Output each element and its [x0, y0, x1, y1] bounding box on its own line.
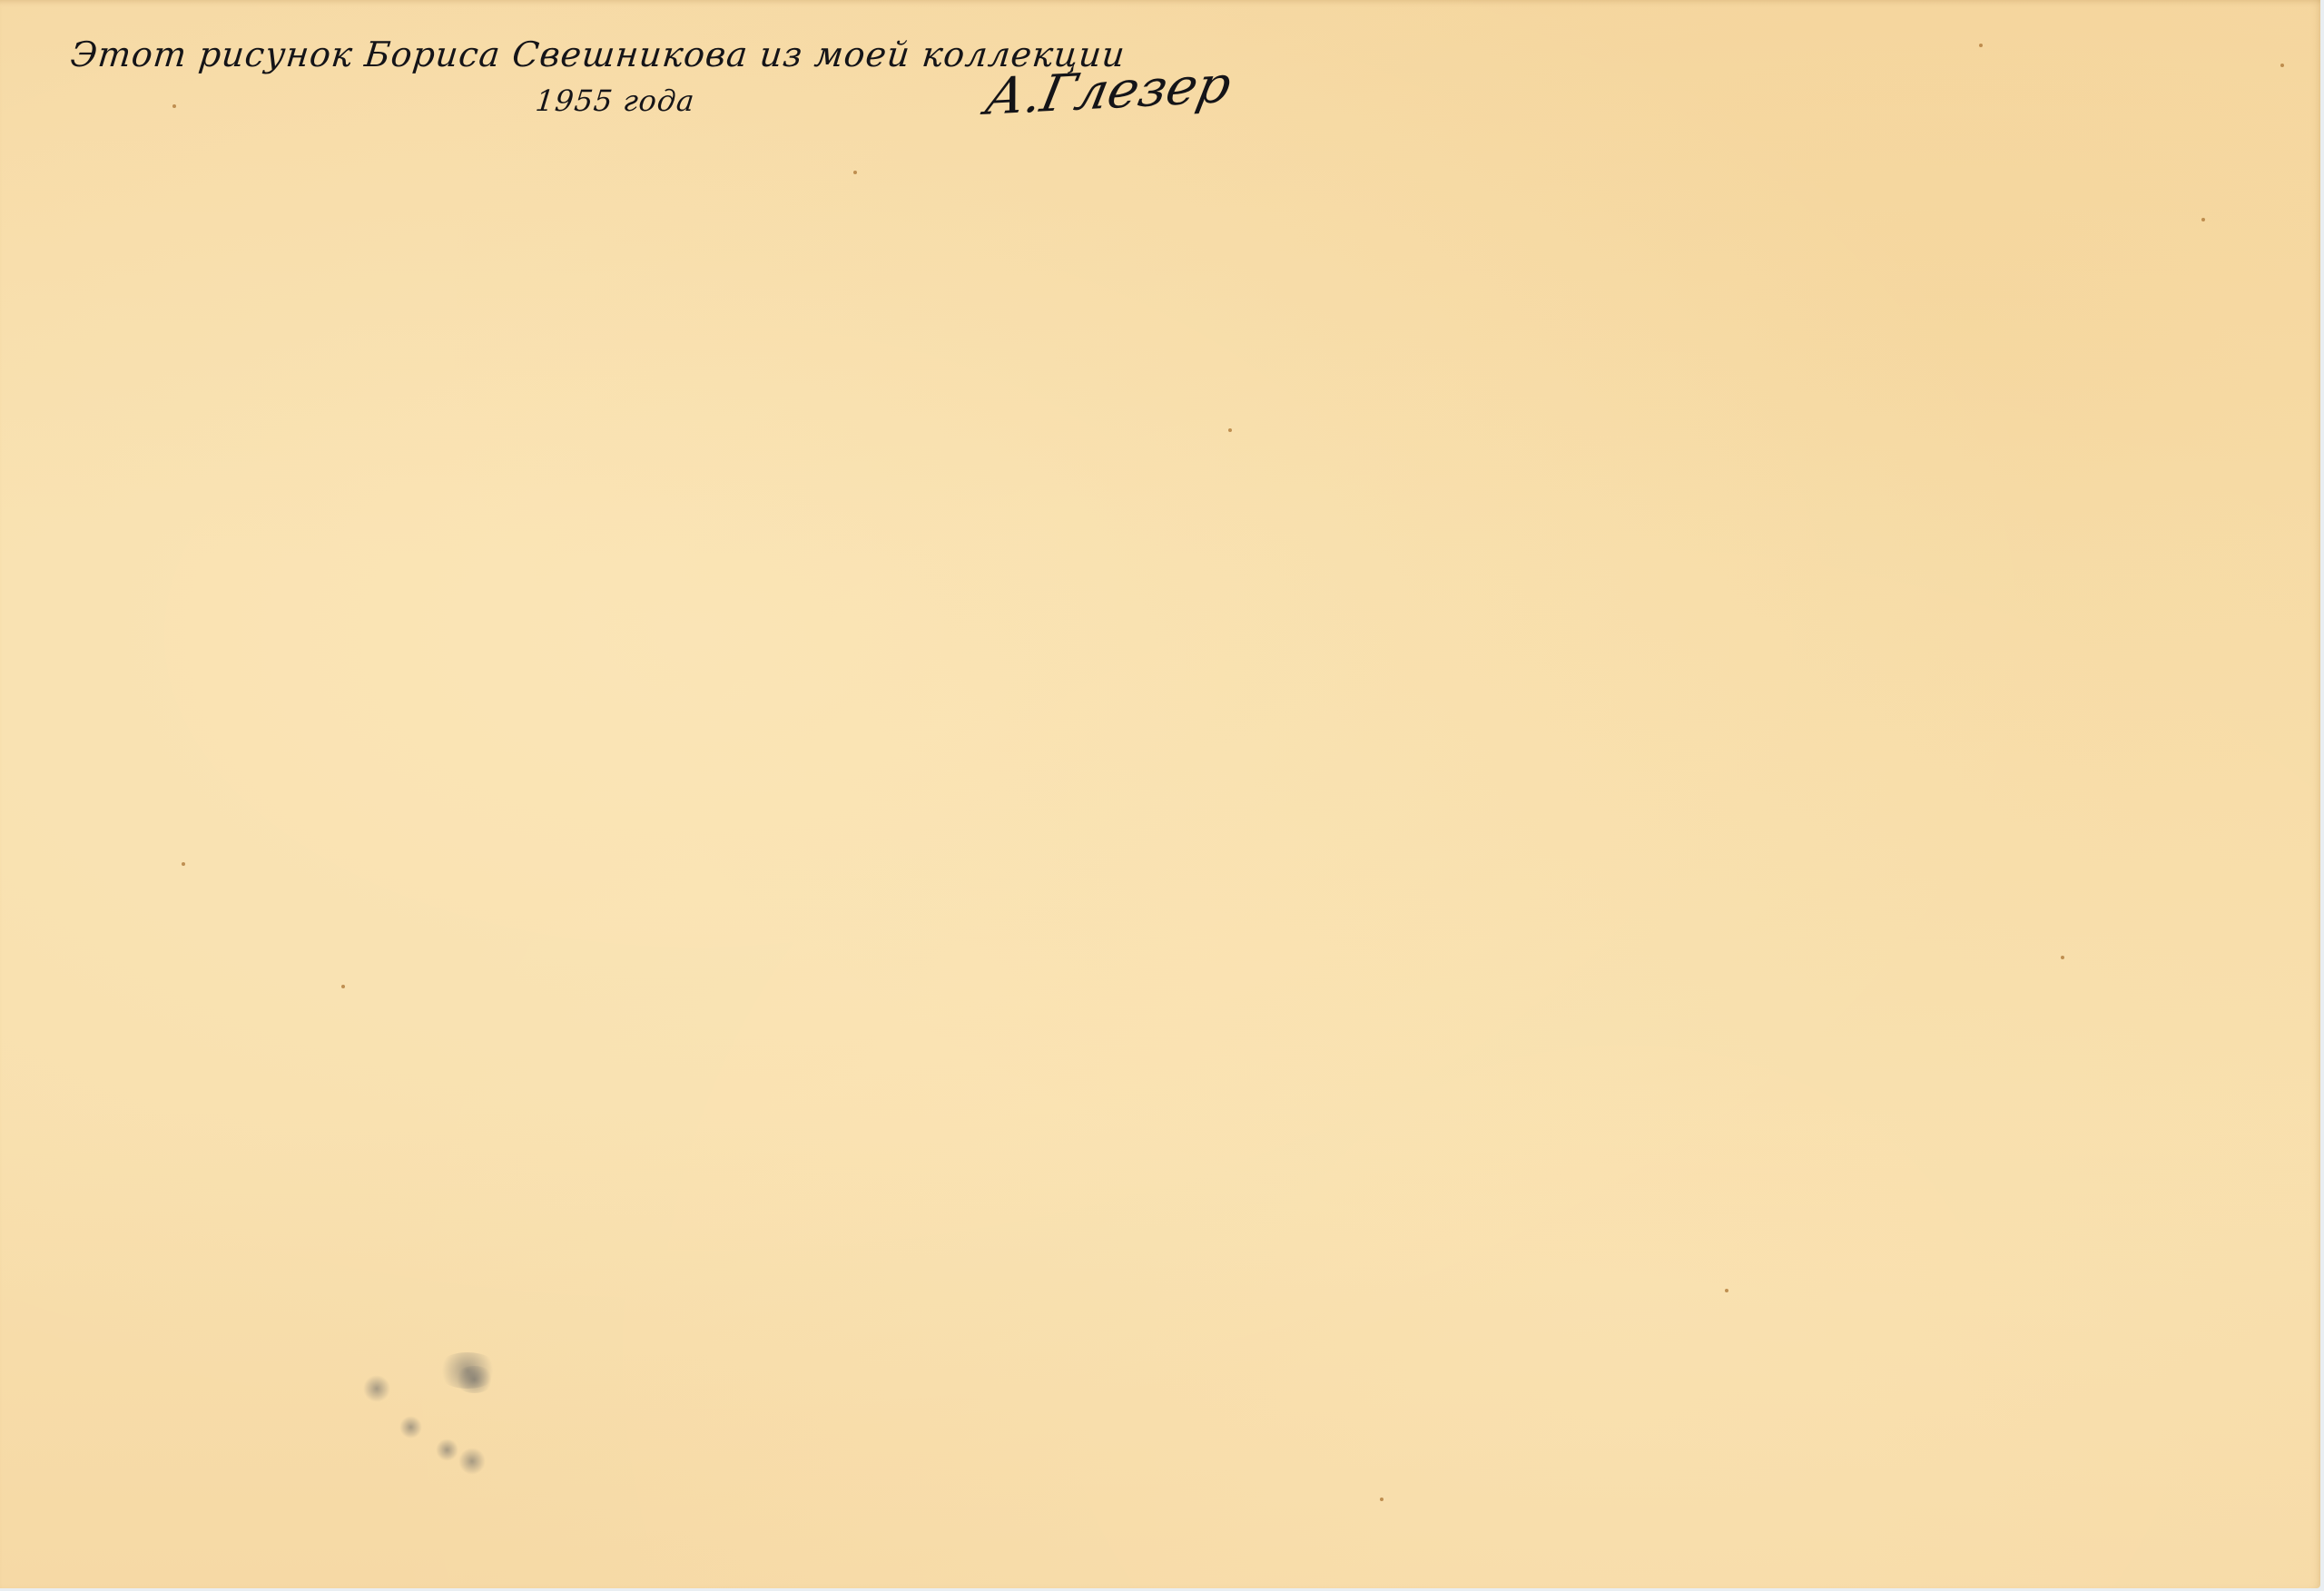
paper-speck	[1979, 44, 1983, 47]
signature: А.Глезер	[980, 55, 1236, 127]
inscription-line-2: 1955 года	[534, 83, 696, 118]
graphite-smudge	[436, 1439, 458, 1461]
paper-speck	[172, 104, 176, 108]
paper-speck	[1228, 428, 1232, 432]
graphite-smudge	[399, 1416, 422, 1439]
paper-speck	[1380, 1498, 1384, 1501]
paper-speck	[341, 985, 345, 988]
paper-sheet: Этот рисунок Бориса Свешникова из моей к…	[0, 0, 2320, 1588]
paper-speck	[2201, 218, 2205, 221]
paper-speck	[1725, 1289, 1728, 1292]
graphite-smudge	[454, 1366, 495, 1393]
paper-speck	[182, 862, 185, 866]
inscription-line-1: Этот рисунок Бориса Свешникова из моей к…	[69, 34, 1128, 74]
paper-speck	[853, 171, 857, 174]
graphite-smudge	[458, 1448, 486, 1475]
graphite-smudge	[363, 1375, 390, 1402]
paper-speck	[2280, 64, 2284, 67]
paper-speck	[2061, 956, 2064, 959]
